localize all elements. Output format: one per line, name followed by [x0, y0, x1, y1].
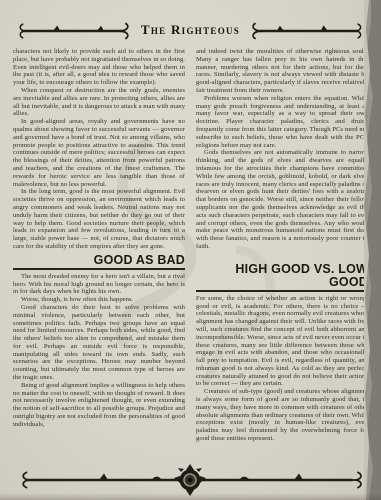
right-column: and indeed twist the moralities of other…	[196, 48, 368, 443]
body-paragraph: In good-aligned areas, royalty and gover…	[13, 118, 185, 188]
body-paragraph: When conquest or destruction are the onl…	[13, 87, 185, 118]
page-title: The Righteous	[141, 22, 240, 38]
page-bottom-shadow	[0, 493, 381, 500]
body-paragraph: For some, the choice of whether an actio…	[196, 295, 368, 389]
medallion-icon	[174, 464, 206, 496]
bracket-flourish-icon	[16, 22, 134, 40]
body-paragraph: characters not likely to provide such ai…	[13, 48, 185, 87]
body-paragraph: Being of good alignment implies a willin…	[13, 382, 185, 429]
left-column: characters not likely to provide such ai…	[13, 48, 185, 443]
section-heading-high-good-vs-low-good: HIGH GOOD VS. LOW GOOD	[196, 263, 368, 292]
text-columns: characters not likely to provide such ai…	[0, 40, 368, 443]
body-paragraph: Problems worsen when religion enters the…	[196, 95, 368, 150]
body-paragraph: The most dreaded enemy for a hero isn't …	[13, 273, 185, 296]
body-paragraph: Gods themselves are not automatically im…	[196, 149, 368, 250]
body-paragraph: Worse, though, is how often this happens…	[13, 296, 185, 304]
scanned-book-page: The Righteous characters not likely to p…	[0, 0, 381, 500]
body-paragraph: and indeed twist the moralities of other…	[196, 48, 368, 95]
body-paragraph: Good characters do their best to solve p…	[13, 304, 185, 382]
bracket-flourish-icon	[247, 22, 365, 40]
body-paragraph: In the long term, good is the most power…	[13, 188, 185, 250]
page-header: The Righteous	[16, 22, 365, 40]
body-paragraph: Creatures of sub-type (good) and creatur…	[196, 388, 368, 443]
section-heading-good-as-bad: GOOD AS BAD	[13, 254, 185, 270]
